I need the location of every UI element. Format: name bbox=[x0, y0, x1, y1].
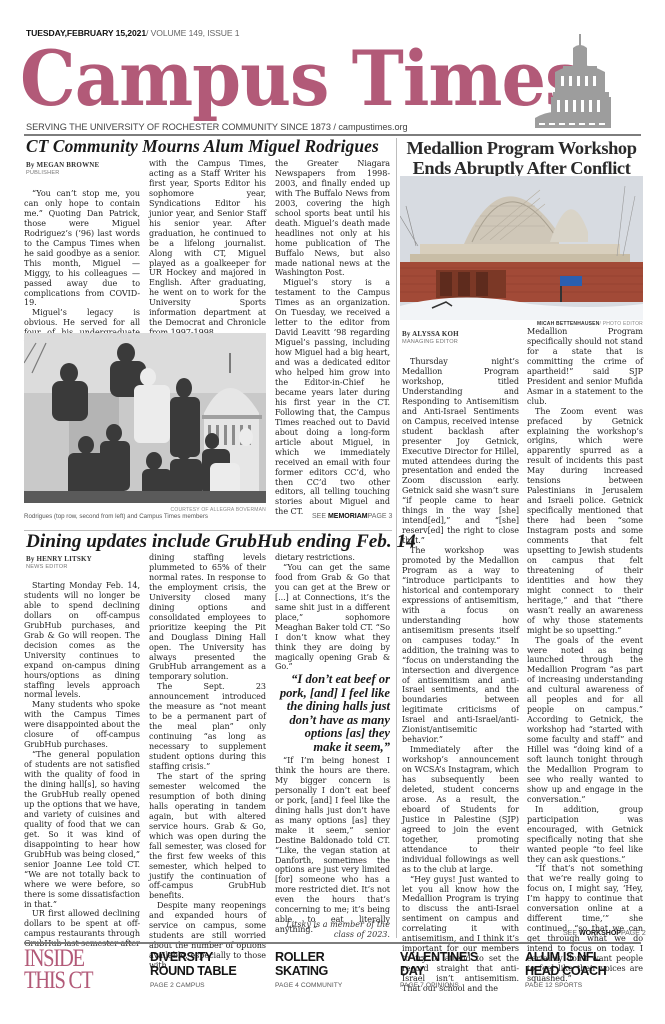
memoriam-column-1: “You can’t stop me, you can only hope to… bbox=[24, 189, 140, 348]
medallion-column-2: Medallion Program specifically should no… bbox=[527, 327, 643, 984]
teaser-diversity-round-table[interactable]: DIVERSITY ROUND TABLE PAGE 2 CAMPUS bbox=[150, 950, 236, 989]
teaser-title-line-1: ROLLER bbox=[275, 950, 342, 964]
dining-headline[interactable]: Dining updates include GrubHub ending Fe… bbox=[26, 531, 416, 553]
dining-column-3a: dietary restrictions. “You can get the s… bbox=[275, 553, 390, 672]
paragraph: The start of the spring semester welcome… bbox=[149, 772, 266, 901]
medallion-jump-link[interactable]: SEE WORKSHOPPAGE 2 bbox=[563, 930, 646, 937]
memoriam-group-photo[interactable] bbox=[24, 333, 266, 503]
medallion-column-1: Thursday night’s Medallion Program works… bbox=[402, 357, 519, 994]
memoriam-column-3: the Greater Niagara Newspapers from 1998… bbox=[275, 159, 390, 517]
medallion-building-photo[interactable] bbox=[400, 176, 643, 320]
jump-page: PAGE 3 bbox=[368, 513, 393, 520]
paragraph: with the Campus Times, acting as a Staff… bbox=[149, 159, 266, 338]
paragraph: Thursday night’s Medallion Program works… bbox=[402, 357, 519, 546]
teaser-title-line-1: VALENTINE’S bbox=[400, 950, 478, 964]
teaser-page: PAGE 12 SPORTS bbox=[525, 982, 606, 989]
teaser-title-line-2: ROUND TABLE bbox=[150, 964, 236, 978]
byline-author: By HENRY LITSKY bbox=[26, 555, 92, 563]
paragraph: Miguel’s story is a testament to the Cam… bbox=[275, 278, 390, 517]
dining-column-1: Starting Monday Feb. 14, students will n… bbox=[24, 581, 140, 949]
paragraph: “You can’t stop me, you can only hope to… bbox=[24, 189, 140, 308]
teaser-title-line-2: SKATING bbox=[275, 964, 342, 978]
paragraph: The goals of the event were noted as bei… bbox=[527, 636, 643, 805]
dining-column-2: dining staffing levels plummeted to 65% … bbox=[149, 553, 266, 971]
inside-rule bbox=[24, 942, 641, 944]
teaser-valentines-day[interactable]: VALENTINE’S DAY PAGE 7 OPINIONS bbox=[400, 950, 478, 989]
memoriam-jump-link[interactable]: SEE MEMORIAMPAGE 3 bbox=[312, 513, 392, 520]
tagline: SERVING THE UNIVERSITY OF ROCHESTER COMM… bbox=[26, 122, 408, 132]
column-divider bbox=[396, 138, 397, 938]
dining-column-3b: “If I’m being honest I think the hours a… bbox=[275, 756, 390, 935]
teaser-roller-skating[interactable]: ROLLER SKATING PAGE 4 COMMUNITY bbox=[275, 950, 342, 989]
memoriam-byline: By MEGAN BROWNE PUBLISHER bbox=[26, 161, 99, 176]
paragraph: In addition, group participation was enc… bbox=[527, 805, 643, 865]
paragraph: The workshop was promoted by the Medalli… bbox=[402, 546, 519, 745]
byline-author: By MEGAN BROWNE bbox=[26, 161, 99, 169]
paragraph: Medallion Program specifically should no… bbox=[527, 327, 643, 407]
rush-rhees-dome-icon bbox=[535, 32, 635, 136]
paragraph: the Greater Niagara Newspapers from 1998… bbox=[275, 159, 390, 278]
teaser-title-line-2: DAY bbox=[400, 964, 478, 978]
teaser-page: PAGE 4 COMMUNITY bbox=[275, 982, 342, 989]
paragraph: Many students who spoke with the Campus … bbox=[24, 700, 140, 750]
paragraph: Immediately after the workshop’s announc… bbox=[402, 745, 519, 874]
teaser-page: PAGE 7 OPINIONS bbox=[400, 982, 478, 989]
teaser-page: PAGE 2 CAMPUS bbox=[150, 982, 236, 989]
dining-byline: By HENRY LITSKY NEWS EDITOR bbox=[26, 555, 92, 570]
jump-key: WORKSHOP bbox=[579, 930, 621, 937]
headline-line-2: Ends Abruptly After Conflict bbox=[400, 158, 643, 178]
medallion-byline: By ALYSSA KOH MANAGING EDITOR bbox=[402, 330, 459, 345]
jump-see: SEE bbox=[563, 930, 577, 937]
paragraph: The Sept. 23 announcement introduced the… bbox=[149, 682, 266, 772]
dining-pull-quote: “I don’t eat beef or pork, [and] I feel … bbox=[278, 673, 390, 755]
jump-see: SEE bbox=[312, 513, 326, 520]
headline-line-1: Medallion Program Workshop bbox=[400, 138, 643, 158]
paragraph: dietary restrictions. bbox=[275, 553, 390, 563]
dining-author-signoff: Litsky is a member of the class of 2023. bbox=[275, 920, 390, 940]
byline-role: MANAGING EDITOR bbox=[402, 339, 459, 345]
byline-author: By ALYSSA KOH bbox=[402, 330, 459, 338]
teaser-title-line-1: ALUM IS NFL bbox=[525, 950, 606, 964]
memoriam-column-2: with the Campus Times, acting as a Staff… bbox=[149, 159, 266, 338]
medallion-headline[interactable]: Medallion Program Workshop Ends Abruptly… bbox=[400, 138, 643, 178]
teaser-title-line-1: DIVERSITY bbox=[150, 950, 236, 964]
jump-key: MEMORIAM bbox=[328, 513, 368, 520]
paragraph: Starting Monday Feb. 14, students will n… bbox=[24, 581, 140, 700]
teaser-alum-nfl-head-coach[interactable]: ALUM IS NFL HEAD COACH PAGE 12 SPORTS bbox=[525, 950, 606, 989]
byline-role: NEWS EDITOR bbox=[26, 564, 92, 570]
paragraph: “The general population of students are … bbox=[24, 750, 140, 909]
inside-this-ct-title: INSIDE THIS CT bbox=[24, 948, 92, 992]
paragraph: “If I’m being honest I think the hours a… bbox=[275, 756, 390, 935]
inside-line-2: THIS CT bbox=[24, 970, 92, 992]
jump-page: PAGE 2 bbox=[621, 930, 646, 937]
memoriam-photo-caption: Rodrigues (top row, second from left) an… bbox=[24, 513, 208, 520]
byline-role: PUBLISHER bbox=[26, 170, 99, 176]
newspaper-title: Campus Times bbox=[20, 36, 583, 122]
paragraph: The Zoom event was prefaced by Getnick e… bbox=[527, 407, 643, 636]
paragraph: “You can get the same food from Grab & G… bbox=[275, 563, 390, 672]
memoriam-headline[interactable]: CT Community Mourns Alum Miguel Rodrigue… bbox=[26, 136, 379, 157]
teaser-title-line-2: HEAD COACH bbox=[525, 964, 606, 978]
paragraph: dining staffing levels plummeted to 65% … bbox=[149, 553, 266, 682]
